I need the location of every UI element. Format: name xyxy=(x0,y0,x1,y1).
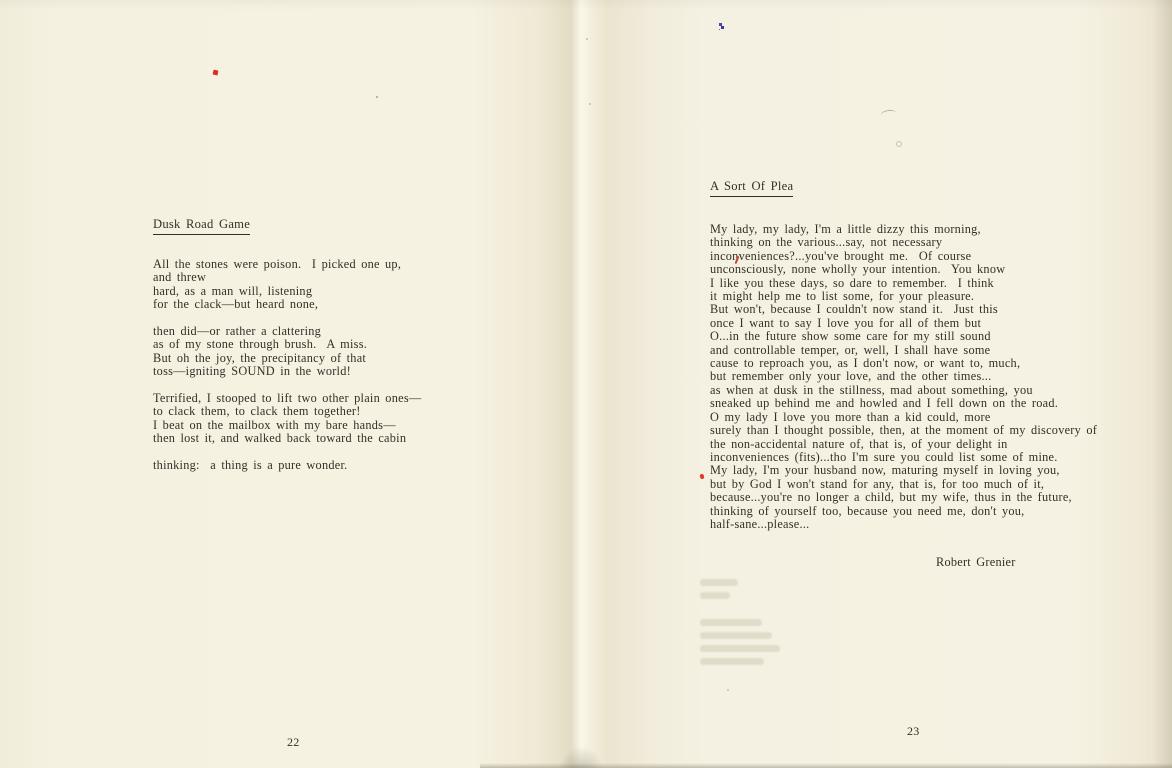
right-poem-body: My lady, my lady, I'm a little dizzy thi… xyxy=(710,223,1097,531)
ghost-line xyxy=(700,592,730,599)
dust-speck xyxy=(376,96,378,98)
ghost-line xyxy=(700,645,780,652)
left-poem-title: Dusk Road Game xyxy=(153,217,250,235)
left-poem-body: All the stones were poison. I picked one… xyxy=(153,258,421,473)
book-scan: Dusk Road Game All the stones were poiso… xyxy=(0,0,1172,768)
ghost-line xyxy=(700,619,762,626)
red-ink-dot xyxy=(213,70,219,76)
pencil-squiggle xyxy=(881,109,897,119)
pencil-speck xyxy=(896,141,902,147)
blue-ink-mark xyxy=(719,23,722,26)
ghost-line xyxy=(700,658,764,665)
pink-speck xyxy=(589,103,591,105)
right-poem-title: A Sort Of Plea xyxy=(710,179,793,197)
bottom-edge-shadow xyxy=(480,763,1172,768)
pink-speck xyxy=(727,689,729,691)
author-attribution: Robert Grenier xyxy=(936,555,1016,570)
red-margin-speck xyxy=(699,474,704,480)
ghost-line xyxy=(700,579,738,586)
right-edge-shadow xyxy=(1152,0,1172,768)
left-page-number: 22 xyxy=(287,735,300,750)
ghost-line xyxy=(700,632,772,639)
right-page-number: 23 xyxy=(907,724,920,739)
pink-speck xyxy=(586,38,588,40)
